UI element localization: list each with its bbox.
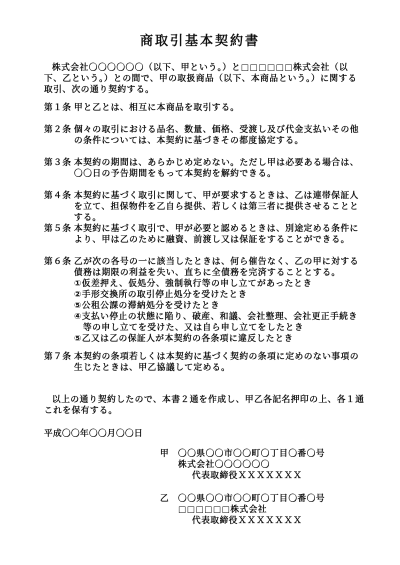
article-4: 第４条 本契約に基づく取引に関して、甲が要求するときは、乙は連帯保証人を立て、担… [44,191,366,224]
article-text: 個々の取引における品名、数量、価格、受渡し及び代金支払いその他の条件については、… [74,125,366,147]
article-number: 第２条 [44,125,74,147]
article-number: 第３条 [44,158,74,180]
article-6: 第６条 乙が次の各号の一に該当したときは、何ら催告なく、乙の甲に対する債務は期限… [44,257,366,345]
list-item: ①仮差押え、仮処分、強制執行等の申し立てがあったとき [74,279,366,290]
party-mark: 甲 [160,449,169,460]
article-text: 本契約の条項若しくは本契約に基づく契約の条項に定めのない事項の生じたときは、甲乙… [74,352,366,374]
contract-date: 平成〇〇年〇〇月〇〇日 [44,427,143,439]
article-5: 第５条 本契約に基づく取引で、甲が必要と認めるときは、別途定める条件により、甲は… [44,224,366,246]
article-2: 第２条 個々の取引における品名、数量、価格、受渡し及び代金支払いその他の条件につ… [44,125,366,147]
article-1: 第１条 甲と乙とは、相互に本商品を取引する。 [44,103,366,114]
list-item: ⑤乙又は乙の保証人が本契約の各条項に違反したとき [74,334,366,345]
list-item: ⑤公租公課の滞納処分を受けたとき [74,301,366,312]
article-6-items: ①仮差押え、仮処分、強制執行等の申し立てがあったとき ②手形交換所の取引停止処分… [74,279,366,345]
party-company: □□□□□□株式会社 [178,505,325,516]
party-address: 〇〇県〇〇市〇〇町〇丁目〇番〇号 [178,494,325,505]
article-text: 本契約に基づく取引で、甲が必要と認めるときは、別途定める条件により、甲は乙のため… [74,224,366,246]
article-number: 第４条 [44,191,74,224]
party-mark: 乙 [160,494,169,505]
article-text: 本契約に基づく取引に関して、甲が要求するときは、乙は連帯保証人を立て、担保物件を… [74,191,366,224]
party-company: 株式会社〇〇〇〇〇〇 [178,460,325,471]
list-item: ④支払い停止の状態に陥り、破産、和議、会社整理、会社更正手続き等の申し立てを受け… [74,312,366,334]
article-text: 本契約の期間は、あらかじめ定めない。ただし甲は必要ある場合は、〇〇日の予告期間を… [74,158,366,180]
article-7: 第７条 本契約の条項若しくは本契約に基づく契約の条項に定めのない事項の生じたとき… [44,352,366,374]
party-representative: 代表取締役ＸＸＸＸＸＸＸ [178,471,325,482]
article-text: 乙が次の各号の一に該当したときは、何ら催告なく、乙の甲に対する債務は期限の利益を… [74,257,366,279]
document-title: 商取引基本契約書 [0,30,400,49]
contract-page: 商取引基本契約書 株式会社〇〇〇〇〇〇（以下、甲という。）と□□□□□□株式会社… [0,0,400,565]
article-number: 第５条 [44,224,74,246]
closing-paragraph: 以上の通り契約したので、本書２通を作成し、甲乙各記名押印の上、各１通これを保有す… [44,395,366,417]
article-3: 第３条 本契約の期間は、あらかじめ定めない。ただし甲は必要ある場合は、〇〇日の予… [44,158,366,180]
article-number: 第７条 [44,352,74,374]
article-text: 甲と乙とは、相互に本商品を取引する。 [74,103,366,114]
party-kou: 甲 〇〇県〇〇市〇〇町〇丁目〇番〇号 株式会社〇〇〇〇〇〇 代表取締役ＸＸＸＸＸ… [160,449,325,482]
party-representative: 代表取締役ＸＸＸＸＸＸＸ [178,516,325,527]
article-number: 第６条 [44,257,74,279]
list-item: ②手形交換所の取引停止処分を受けたとき [74,290,366,301]
party-otsu: 乙 〇〇県〇〇市〇〇町〇丁目〇番〇号 □□□□□□株式会社 代表取締役ＸＸＸＸＸ… [160,494,325,527]
article-number: 第１条 [44,103,74,114]
party-address: 〇〇県〇〇市〇〇町〇丁目〇番〇号 [178,449,325,460]
intro-paragraph: 株式会社〇〇〇〇〇〇（以下、甲という。）と□□□□□□株式会社（以下、乙という。… [44,63,366,96]
